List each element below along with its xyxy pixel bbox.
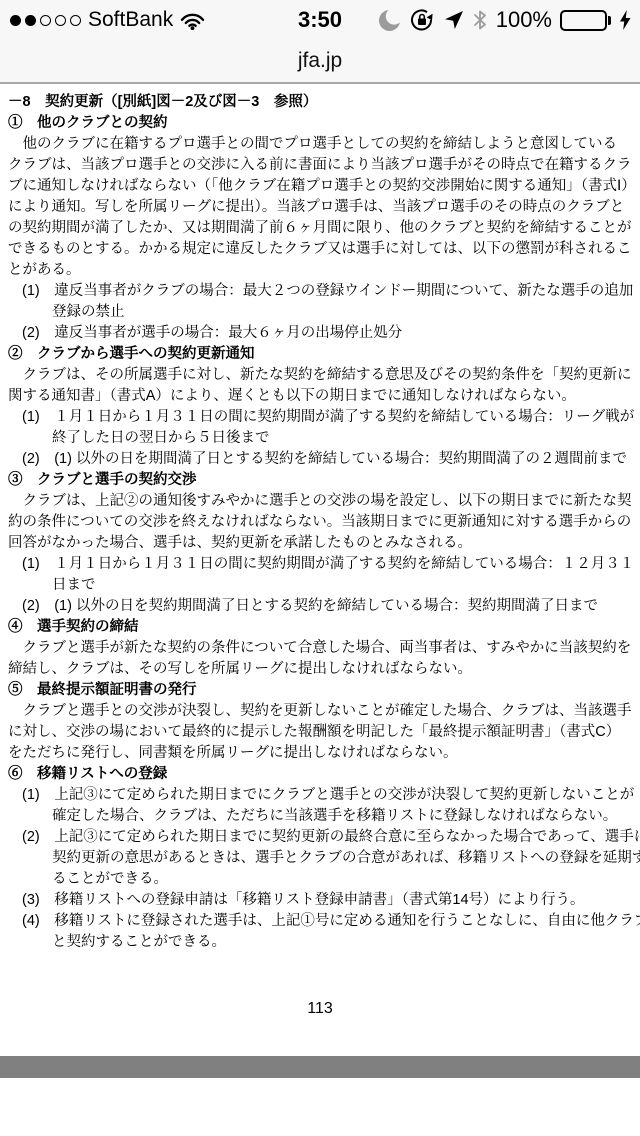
url-bar[interactable]: jfa.jp — [0, 40, 640, 82]
pdf-viewport[interactable]: －8 契約更新（[別紙]図－2及び図－3 参照）① 他のクラブとの契約 他のクラ… — [0, 84, 640, 1136]
document-line: (1) 上記③にて定められた期日までにクラブと選手との交渉が決裂して契約更新しな… — [0, 785, 640, 806]
safari-browser: SoftBank 3:50 — [0, 0, 640, 1136]
document-line: －8 契約更新（[別紙]図－2及び図－3 参照） — [0, 92, 640, 113]
pdf-next-page — [0, 1078, 640, 1136]
document-line: (4) 移籍リストに登録された選手は、上記①号に定める通知を行うことなしに、自由… — [0, 911, 640, 932]
document-line: とがある。 — [0, 260, 640, 281]
document-line: クラブは、上記②の通知後すみやかに選手との交渉の場を設定し、以下の期日までに新た… — [0, 491, 640, 512]
battery-icon — [560, 10, 611, 31]
document-line: ブに通知しなければならない（「他クラブ在籍プロ選手との契約交渉開始に関する通知」… — [0, 176, 640, 197]
status-bar: SoftBank 3:50 — [0, 0, 640, 40]
document-line: と契約することができる。 — [0, 932, 640, 953]
document-line: 約の条件についての交渉を終えなければならない。当該期日までに更新通知に対する選手… — [0, 512, 640, 533]
document-line: ② クラブから選手への契約更新通知 — [0, 344, 640, 365]
document-line: 回答がなかった場合、選手は、契約更新を承諾したものとみなされる。 — [0, 533, 640, 554]
page-separator — [0, 1056, 640, 1078]
document-line: クラブと選手との交渉が決裂し、契約を更新しないことが確定した場合、クラブは、当該… — [0, 701, 640, 722]
document-line: (1) 違反当事者がクラブの場合：最大２つの登録ウインドー期間について、新たな選… — [0, 281, 640, 302]
document-line: (3) 移籍リストへの登録申請は「移籍リスト登録申請書」（書式第14号）により行… — [0, 890, 640, 911]
moon-icon — [379, 10, 400, 31]
document-line: 終了した日の翌日から５日後まで — [0, 428, 640, 449]
document-line: 関する通知書」（書式A）により、遅くとも以下の期日までに通知しなければならない。 — [0, 386, 640, 407]
document-line: (2) 違反当事者が選手の場合：最大６ヶ月の出場停止処分 — [0, 323, 640, 344]
document-line: (1) １月１日から１月３１日の間に契約期間が満了する契約を締結している場合：リ… — [0, 407, 640, 428]
document-line: 日まで — [0, 575, 640, 596]
browser-chrome: SoftBank 3:50 — [0, 0, 640, 84]
document-line: (2) (1) 以外の日を契約期間満了日とする契約を締結している場合：契約期間満… — [0, 596, 640, 617]
document-line: をただちに発行し、同書類を所属リーグに提出しなければならない。 — [0, 743, 640, 764]
document-line: できるものとする。かかる規定に違反したクラブ又は選手に対しては、以下の懲罰が科さ… — [0, 239, 640, 260]
battery-nub — [608, 16, 611, 25]
document-line: クラブは、当該プロ選手との交渉に入る前に書面により当該プロ選手がその時点で在籍す… — [0, 155, 640, 176]
document-line: 締結し、クラブは、その写しを所属リーグに提出しなければならない。 — [0, 659, 640, 680]
battery-percent-label: 100% — [496, 7, 552, 33]
battery-body — [560, 10, 607, 31]
document-line: の契約期間が満了したか、又は期間満了前６ヶ月間に限り、他のクラブと契約を締結する… — [0, 218, 640, 239]
document-line: ③ クラブと選手の契約交渉 — [0, 470, 640, 491]
document-line: 契約更新の意思があるときは、選手とクラブの合意があれば、移籍リストへの登録を延期… — [0, 848, 640, 869]
document-line: クラブは、その所属選手に対し、新たな契約を締結する意思及びその契約条件を「契約更… — [0, 365, 640, 386]
document-line: 登録の禁止 — [0, 302, 640, 323]
document-line: ④ 選手契約の締結 — [0, 617, 640, 638]
document-line: 確定した場合、クラブは、ただちに当該選手を移籍リストに登録しなければならない。 — [0, 806, 640, 827]
document-line: ⑥ 移籍リストへの登録 — [0, 764, 640, 785]
charging-bolt-icon — [619, 9, 632, 31]
document-line: 他のクラブに在籍するプロ選手との間でプロ選手としての契約を締結しようと意図してい… — [0, 134, 640, 155]
document-line: ることができる。 — [0, 869, 640, 890]
rotation-lock-icon — [408, 7, 436, 33]
document-line: (2) (1) 以外の日を期間満了日とする契約を締結している場合：契約期間満了の… — [0, 449, 640, 470]
location-icon — [444, 10, 464, 30]
status-bar-right: 100% — [379, 0, 632, 40]
page-number: 113 — [0, 1000, 640, 1018]
document-line: により通知。写しを所属リーグに提出）。当該プロ選手は、当該プロ選手のその時点のク… — [0, 197, 640, 218]
document-line: に対し、交渉の場において最終的に提示した報酬額を明記した「最終提示額証明書」（書… — [0, 722, 640, 743]
document-line: ⑤ 最終提示額証明書の発行 — [0, 680, 640, 701]
document-line: (1) １月１日から１月３１日の間に契約期間が満了する契約を締結している場合：１… — [0, 554, 640, 575]
document-line: クラブと選手が新たな契約の条件について合意した場合、両当事者は、すみやかに当該契… — [0, 638, 640, 659]
document-line: ① 他のクラブとの契約 — [0, 113, 640, 134]
url-text: jfa.jp — [298, 49, 342, 73]
document-line: (2) 上記③にて定められた期日までに契約更新の最終合意に至らなかった場合であっ… — [0, 827, 640, 848]
document-lines: －8 契約更新（[別紙]図－2及び図－3 参照）① 他のクラブとの契約 他のクラ… — [0, 92, 640, 953]
bluetooth-icon — [472, 9, 488, 31]
pdf-page: －8 契約更新（[別紙]図－2及び図－3 参照）① 他のクラブとの契約 他のクラ… — [0, 84, 640, 1056]
